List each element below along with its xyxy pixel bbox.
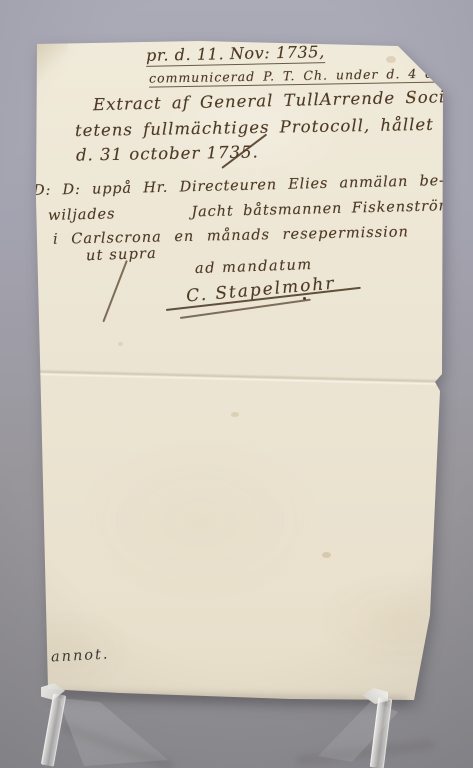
- foxing-spot: [231, 412, 239, 417]
- manuscript-paper: pr. d. 11. Nov: 1735, communicerad P. T.…: [0, 0, 473, 768]
- foxing-spot: [322, 552, 331, 558]
- annotation-note: annot.: [51, 646, 110, 665]
- title-line-1: Extract af General TullArrende Socie-: [93, 87, 463, 114]
- manuscript-paper-wrap: pr. d. 11. Nov: 1735, communicerad P. T.…: [0, 0, 473, 768]
- closing-formula: ad mandatum: [195, 257, 313, 277]
- body-line-1: D: D: uppå Hr. Directeuren Elies anmälan…: [33, 173, 445, 199]
- title-line-2: tetens fullmächtiges Protocoll, hållet: [75, 115, 434, 140]
- body-line-3: i Carlscrona en månads resepermission: [53, 224, 409, 247]
- docket-communicated-line: communicerad P. T. Ch. under d. 4 dito: [149, 65, 454, 87]
- foxing-spot: [118, 342, 123, 346]
- signature: C. Stapelmohr: [185, 274, 336, 307]
- photo-scene: pr. d. 11. Nov: 1735, communicerad P. T.…: [0, 0, 473, 768]
- body-line-2: wiljades Jacht båtsmannen Fiskenström: [48, 198, 454, 224]
- body-line-4: ut supra: [86, 246, 158, 264]
- docket-date-line: pr. d. 11. Nov: 1735,: [146, 42, 325, 67]
- ink-flourish-descender: [102, 260, 127, 322]
- fold-crease: [36, 369, 442, 386]
- ink-dot: [303, 297, 306, 300]
- corner-crease: [36, 42, 68, 84]
- foxing-spot: [386, 56, 396, 63]
